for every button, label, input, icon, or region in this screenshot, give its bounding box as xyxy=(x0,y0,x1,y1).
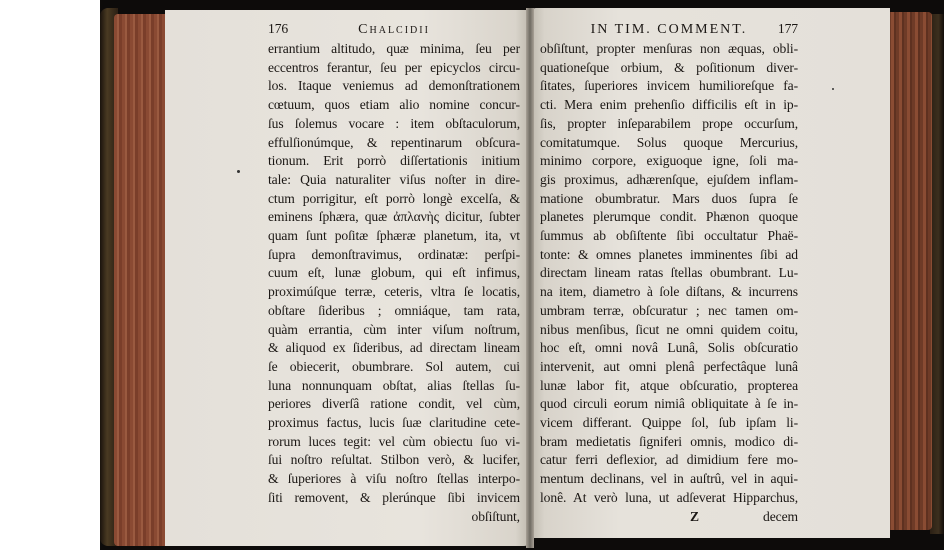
text-line: quàm errantia, cùm inter viſum noſtrum, xyxy=(268,321,520,340)
text-line: vicem differant. Quippe ſol, ſub ipſam l… xyxy=(540,414,798,433)
text-line: quam ſunt poſitæ ſphæræ planetum, ita, v… xyxy=(268,227,520,246)
text-line: effulſionúmque, & repentinarum obſcura- xyxy=(268,134,520,153)
text-line: directam lineam ratas ſtellas obumbrant.… xyxy=(540,264,798,283)
left-page-text: 176 Chalcidii errantium altitudo, quæ mi… xyxy=(268,20,520,526)
text-line: proximus factus, lucis ſuæ claritudine c… xyxy=(268,414,520,433)
text-line: ctum porrigitur, eſt porrò longè excelſa… xyxy=(268,190,520,209)
text-line: rorum luces tegit: vel cùm obiectu ſuo v… xyxy=(268,433,520,452)
paper-speck xyxy=(832,88,834,90)
page-edges-right xyxy=(888,12,932,530)
text-line: & aliquod ex ſideribus, ad directam line… xyxy=(268,339,520,358)
text-line: obſiſtunt, xyxy=(268,508,520,527)
text-line: eminens ſphæra, quæ ἀπλανὴς dicitur, ſub… xyxy=(268,208,520,227)
page-edges-left xyxy=(114,14,166,546)
text-line: luna nonnunquam obſtat, alias ſtellas ſu… xyxy=(268,377,520,396)
text-line: lunæ labor fit, atque obſcuratio, propte… xyxy=(540,377,798,396)
text-line: eccentros ferantur, ſeu per epicyclos ci… xyxy=(268,59,520,78)
text-line: los. Itaque veniemus ad demonſtrationem xyxy=(268,77,520,96)
text-line: obſtare ſideribus ; omniáque, tam rata, xyxy=(268,302,520,321)
text-line: ſupra demonſtravimus, ordinatæ: perſpi- xyxy=(268,246,520,265)
catchword: decem xyxy=(763,508,798,527)
page-footer: Z decem xyxy=(540,508,798,527)
text-line: intervenit, aut omni plenâ perfectâque l… xyxy=(540,358,798,377)
text-line: ſe obiecerit, obumbrare. Sol autem, cui xyxy=(268,358,520,377)
text-line: ſui noſtro reſultat. Stilbon verò, & luc… xyxy=(268,451,520,470)
text-line: cti. Mera enim prehenſio difficilis eſt … xyxy=(540,96,798,115)
text-line: cuum eſt, lunæ globum, qui eſt infimus, xyxy=(268,264,520,283)
text-line: comitatumque. Solus quoque Mercurius, xyxy=(540,134,798,153)
right-page-text: IN TIM. COMMENT. 177 obſiſtunt, propter … xyxy=(540,20,798,526)
book-cover-right xyxy=(930,14,944,534)
page-number: 176 xyxy=(268,20,288,39)
left-page-body: errantium altitudo, quæ minima, ſeu pere… xyxy=(268,40,520,526)
text-line: periores diverſâ ratione condit, vel cùm… xyxy=(268,395,520,414)
text-line: ſiti removent, & plerúnque ſibi invicem xyxy=(268,489,520,508)
text-line: proximúſque terræ, ceteris, vltra ſe loc… xyxy=(268,283,520,302)
text-line: quod circuli eorum nimiâ obliquitate à ſ… xyxy=(540,395,798,414)
signature-mark: Z xyxy=(690,508,699,527)
text-line: bram medietatis ſigniferi omnis, modico … xyxy=(540,433,798,452)
text-line: ſis, propter inſeparabilem prope occurſu… xyxy=(540,115,798,134)
text-line: ſitates, ſuperiores invicem humilioreſqu… xyxy=(540,77,798,96)
running-head-title: Chalcidii xyxy=(358,21,430,40)
text-line: tionum. Erit porrò diſſertationis initiu… xyxy=(268,152,520,171)
text-line: quationeſque orbium, & poſitionum diver- xyxy=(540,59,798,78)
text-line: planetes plerumque condit. Phænon quoque xyxy=(540,208,798,227)
text-line: errantium altitudo, quæ minima, ſeu per xyxy=(268,40,520,59)
text-line: hoc eſt, omni novâ Lunâ, Solis obſcurati… xyxy=(540,339,798,358)
right-running-head: IN TIM. COMMENT. 177 xyxy=(540,20,798,40)
text-line: nibus menſibus, ſicut ne omni quidem coi… xyxy=(540,321,798,340)
text-line: matione obumbratur. Mars duos ſupra ſe xyxy=(540,190,798,209)
text-line: ſummus ab obſiſtente ſibi occultatur Pha… xyxy=(540,227,798,246)
text-line: gis proximus, adhærenſque, ejuſdem infla… xyxy=(540,171,798,190)
text-line: tonte: & omnes planetes imminentes ſibi … xyxy=(540,246,798,265)
paper-speck xyxy=(237,170,240,173)
text-line: ſus ſolemus vocare : item obſtaculorum, xyxy=(268,115,520,134)
text-line: catur ferri deflexior, ad dimidium fere … xyxy=(540,451,798,470)
text-line: lonê. At verò luna, ut adſeverat Hipparc… xyxy=(540,489,798,508)
text-line: obſiſtunt, propter menſuras non æquas, o… xyxy=(540,40,798,59)
book-gutter xyxy=(526,8,534,548)
text-line: mentum declinans, vel in auſtrû, vel in … xyxy=(540,470,798,489)
left-running-head: 176 Chalcidii xyxy=(268,20,520,40)
text-line: tale: Quia naturaliter viſus noſter in d… xyxy=(268,171,520,190)
page-number: 177 xyxy=(778,20,798,39)
text-line: cœtuum, quos etiam alio nomine concur- xyxy=(268,96,520,115)
text-line: umbram terræ, obſcuratur ; nec tamen om- xyxy=(540,302,798,321)
text-line: & ſuperiores à viſu noſtro ſtellas inter… xyxy=(268,470,520,489)
text-line: minimo corpore, exiguoque igne, ſoli ma- xyxy=(540,152,798,171)
right-page-body: obſiſtunt, propter menſuras non æquas, o… xyxy=(540,40,798,508)
running-head-title: IN TIM. COMMENT. xyxy=(591,21,748,40)
text-line: na item, diametro à ſole diſtans, & incu… xyxy=(540,283,798,302)
